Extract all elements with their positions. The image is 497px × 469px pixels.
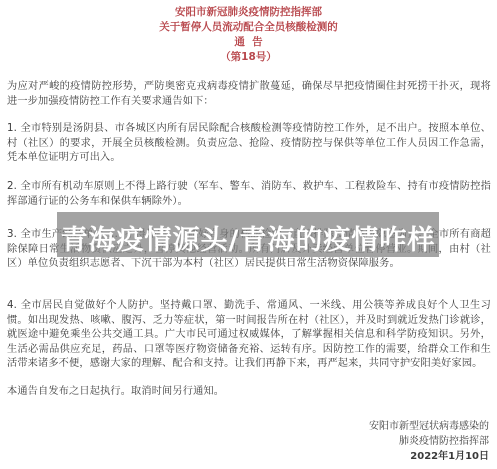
item-4-paragraph: 4. 全市居民自觉做好个人防护。坚持戴口罩、勤洗手、常通风、一米线、用公筷等养成… [7, 299, 491, 372]
execution-paragraph: 本通告自发布之日起执行。取消时间另行通知。 [7, 385, 491, 400]
notice-header: 安阳市新冠肺炎疫情防控指挥部 关于暂停人员流动配合全员核酸检测的 通 告 （第1… [0, 5, 497, 65]
doc-number: （第18号） [0, 50, 497, 65]
overlay-title-banner: 青海疫情源头/青海的疫情咋样 [57, 212, 439, 257]
doc-type-title: 通 告 [0, 35, 497, 50]
intro-paragraph: 为应对严峻的疫情防控形势，严防奥密克戎病毒疫情扩散蔓延，确保尽早把疫情圈住封死捞… [7, 80, 491, 109]
overlay-title: 青海疫情源头/青海的疫情咋样 [61, 212, 436, 257]
signature-line-1: 安阳市新型冠状病毒感染的 [369, 419, 489, 434]
subject-title: 关于暂停人员流动配合全员核酸检测的 [0, 20, 497, 35]
notice-document: 安阳市新冠肺炎疫情防控指挥部 关于暂停人员流动配合全员核酸检测的 通 告 （第1… [0, 0, 497, 469]
issuer-title: 安阳市新冠肺炎疫情防控指挥部 [0, 5, 497, 20]
signature-line-2: 肺炎疫情防控指挥部 [369, 434, 489, 449]
item-2-paragraph: 2. 全市所有机动车原则上不得上路行驶（军车、警车、消防车、救护车、工程救险车、… [7, 180, 491, 209]
signature-date: 2022年1月10日 [369, 449, 489, 464]
item-1-paragraph: 1. 全市特别是汤阴县、市各城区内所有居民除配合核酸检测等疫情防控工作外，足不出… [7, 122, 491, 166]
signature-block: 安阳市新型冠状病毒感染的 肺炎疫情防控指挥部 2022年1月10日 [369, 419, 489, 464]
